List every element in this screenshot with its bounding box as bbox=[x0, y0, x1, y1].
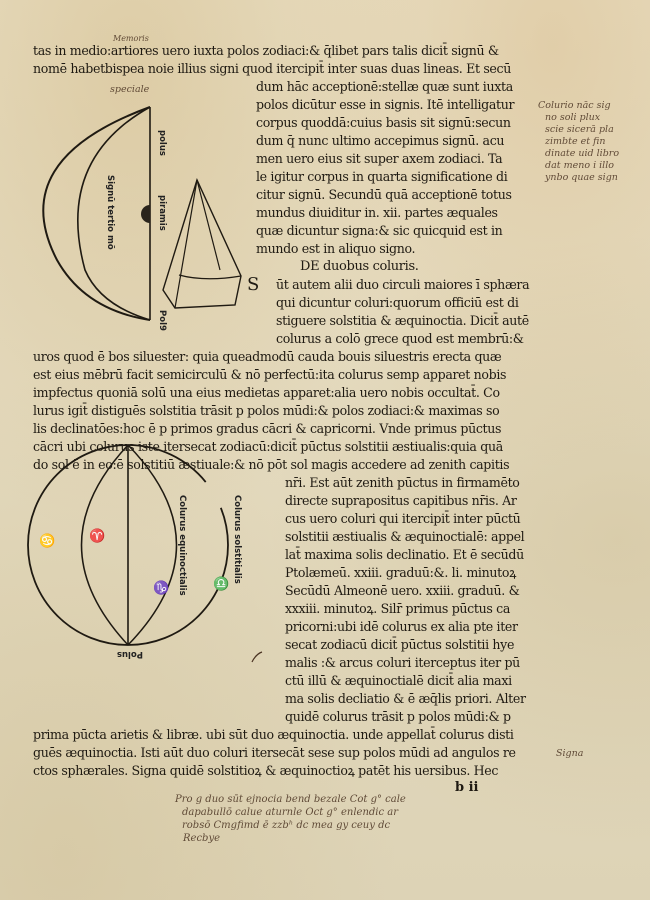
text-line: colurus a colō grece quod est membrū:& bbox=[276, 330, 524, 348]
text-line: impfectus quoniā solū una eius medietas … bbox=[33, 384, 500, 402]
text-line: est eius mēbrū facit semicirculū & nō pe… bbox=[33, 366, 506, 384]
marginalia-signa: Signa bbox=[556, 748, 583, 759]
text-line: malis :& arcus coluri iterceptus iter pū bbox=[285, 654, 520, 672]
text-line: nomē habetbispea noie illius signi quod … bbox=[33, 60, 511, 78]
text-line: mundus diuiditur in. xii. partes æquales bbox=[256, 204, 498, 222]
text-line: cus uero coluri qui itercipit̄ inter pūc… bbox=[285, 510, 520, 528]
marginalia-line: ynbo quae sign bbox=[545, 172, 618, 183]
text-line: tas in medio:artiores uero iuxta polos z… bbox=[33, 42, 499, 60]
text-line: lurus igit̄ distiguēs solstitia trāsit p… bbox=[33, 402, 499, 420]
marginalia-line: dat meno i illo bbox=[545, 160, 614, 171]
marginalia-line: zimbte et fin bbox=[545, 136, 606, 147]
text-line: men uero eius sit super axem zodiaci. Ta bbox=[256, 150, 502, 168]
text-line: Ptolæmeū. xxiii. graduū:&. li. minutoꝝ bbox=[285, 564, 516, 582]
text-line: nr̄i. Est aūt zenith pūctus in firmamēto bbox=[285, 474, 520, 492]
text-line: guēs æquinoctia. Isti aūt duo coluri ite… bbox=[33, 744, 516, 762]
drop-initial: S bbox=[247, 274, 259, 295]
book-page: Memoris tas in medio:artiores uero iuxta… bbox=[0, 0, 650, 900]
text-line: citur signū. Secundū quā acceptionē totu… bbox=[256, 186, 512, 204]
text-line: xxxiii. minutoꝝ. Silr̄ primus pūctus ca bbox=[285, 600, 510, 618]
text-line: quæ dicuntur signa:& sic quicquid est in bbox=[256, 222, 502, 240]
signature-mark: b ii bbox=[455, 780, 479, 795]
marginalia-bottom-line: robsō Cmgfimd ē zzbʰ dc mea gy ceuy dc bbox=[182, 820, 390, 831]
text-line: stiguere solstitia & æquinoctia. Dicit̄ … bbox=[276, 312, 529, 330]
label-polus-bottom: Pol9 bbox=[157, 310, 167, 331]
text-line: ctū illū & æquinoctialē dicit̄ alia maxi bbox=[285, 672, 512, 690]
text-line: dum hāc acceptionē:stellæ quæ sunt iuxta bbox=[256, 78, 513, 96]
capricorn-glyph: ♑ bbox=[153, 580, 169, 595]
text-line: dum q̄ nunc ultimo accepimus signū. acu bbox=[256, 132, 504, 150]
libra-glyph: ♎ bbox=[213, 576, 229, 591]
text-line: directe suprapositus capitibus nr̄is. Ar bbox=[285, 492, 517, 510]
label-polus-bottom: Polus bbox=[117, 649, 143, 659]
text-line: prima pūcta arietis & libræ. ubi sūt duo… bbox=[33, 726, 514, 744]
text-line: pricorni:ubi idē colurus ex alia pte ite… bbox=[285, 618, 518, 636]
text-line: polos dicūtur esse in signis. Itē intell… bbox=[256, 96, 514, 114]
aries-glyph: ♈ bbox=[89, 528, 105, 543]
marginalia-line: scie sicerā pla bbox=[545, 124, 614, 135]
text-line: solstitii æstiualis & æquinoctialē: appe… bbox=[285, 528, 524, 546]
cancer-glyph: ♋ bbox=[39, 533, 55, 548]
label-piramis: piramis bbox=[157, 195, 167, 231]
marginalia-line: no soli plux bbox=[545, 112, 600, 123]
text-line: corpus quoddā:cuius basis sit signū:secu… bbox=[256, 114, 511, 132]
section-heading: DE duobus coluris. bbox=[300, 258, 419, 276]
text-line: secat zodiacū dicit̄ pūctus solstitii hy… bbox=[285, 636, 514, 654]
marginalia-bottom-line: Pro g duo sūt ejnocia bend bezale Cot g°… bbox=[175, 794, 406, 805]
marginalia-line: dinate uid libro bbox=[545, 148, 619, 159]
marginalia-bottom-line: dapabullō calue aturnle Oct g° enlendic … bbox=[182, 807, 398, 818]
text-line: qui dicuntur coluri:quorum officiū est d… bbox=[276, 294, 519, 312]
label-colurus-solstitialis: Colurus solstitialis bbox=[232, 495, 242, 584]
text-line: le igitur corpus in quarta signification… bbox=[256, 168, 507, 186]
text-line: ūt autem alii duo circuli maiores ī sphæ… bbox=[276, 276, 529, 294]
figure-annotation: speciale bbox=[110, 84, 149, 95]
text-line: quidē colurus trāsit p polos mūdi:& p bbox=[285, 708, 511, 726]
text-line: lat̄ maxima solis declinatio. Et ē secūd… bbox=[285, 546, 524, 564]
text-line: ctos sphærales. Signa quidē solstitioꝝ &… bbox=[33, 762, 498, 780]
pen-stroke-mark bbox=[250, 650, 264, 664]
marginalia-bottom-line: Recbye bbox=[183, 833, 220, 844]
figure-signum-pyramid: polus Pol9 Signū tertio mō piramis bbox=[45, 100, 245, 335]
text-line: mundo est in aliquo signo. bbox=[256, 240, 415, 258]
text-line: ma solis decliatio & ē æq̄lis priori. Al… bbox=[285, 690, 526, 708]
text-line: lis declinatōes:hoc ē p primos gradus cā… bbox=[33, 420, 501, 438]
label-signum: Signū tertio mō bbox=[105, 175, 115, 250]
label-polus-top: polus bbox=[157, 130, 167, 156]
text-line: uros quod ē bos siluester: quia queadmod… bbox=[33, 348, 501, 366]
figure-colures-sphere: ♋ ♈ ♑ ♎ Colurus equinoctialis Colurus so… bbox=[25, 440, 285, 680]
text-line: Secūdū Almeonē uero. xxiii. graduū. & bbox=[285, 582, 519, 600]
label-colurus-equinoctialis: Colurus equinoctialis bbox=[177, 495, 187, 596]
marginalia-line: Colurio nāc sig bbox=[538, 100, 611, 111]
